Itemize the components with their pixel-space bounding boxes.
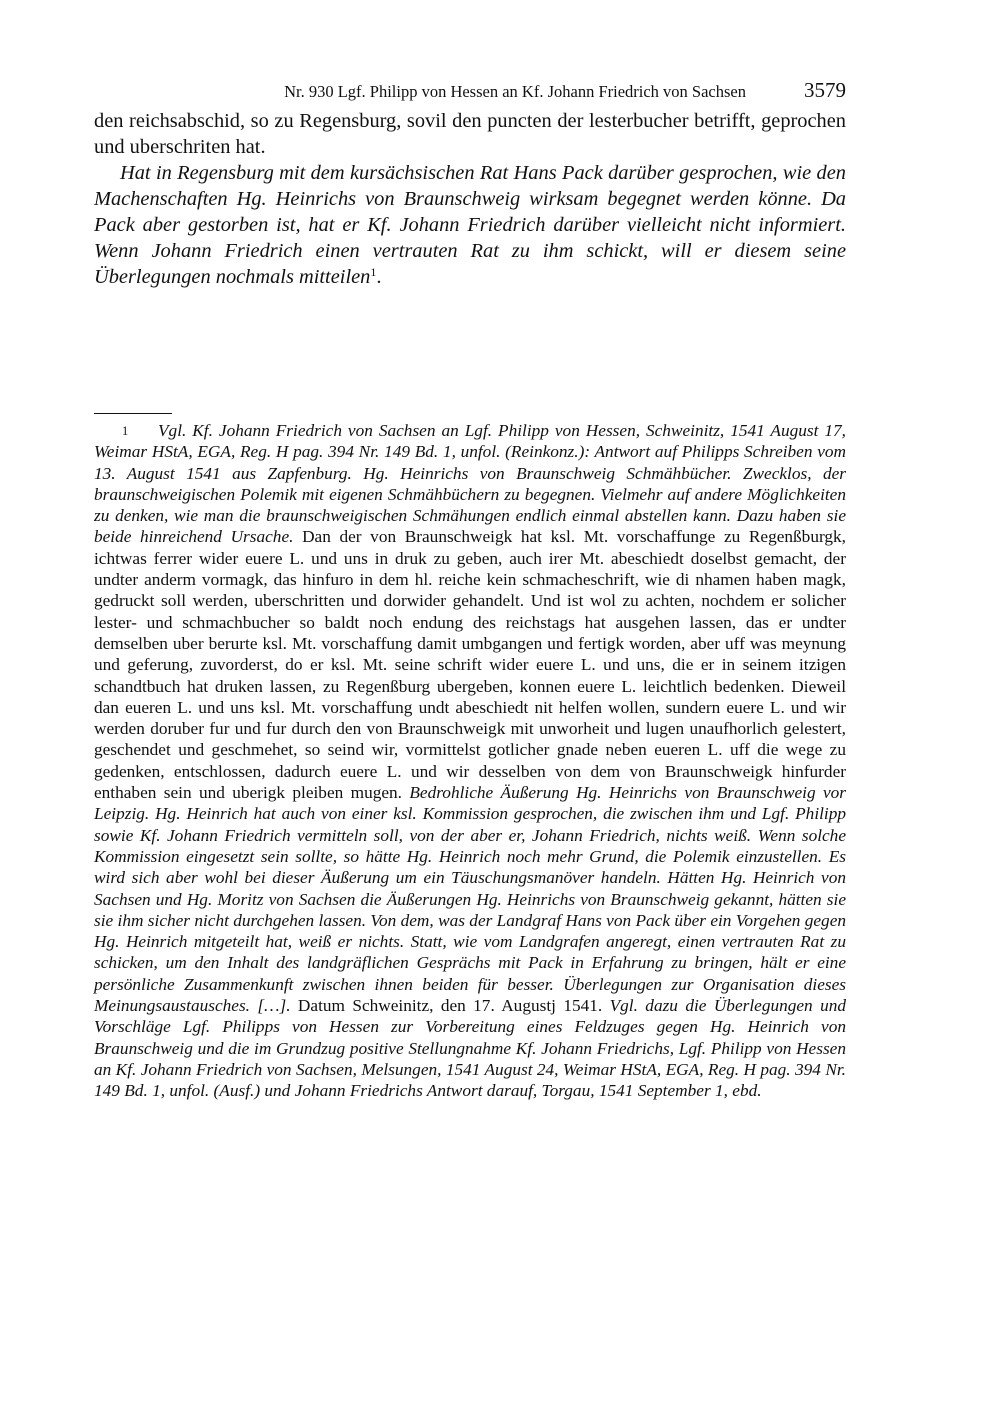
footnote-segment-quote-1: Dan der von Braunschweigk hat ksl. Mt. v… [94,527,846,802]
footnote-segment-dating: Datum Schweinitz, den 17. Augustj 1541. [291,996,610,1015]
footnote-separator-rule [94,413,172,414]
main-paragraph-2-end: . [376,266,381,288]
main-paragraph-2-text: Hat in Regensburg mit dem kursächsischen… [94,162,846,288]
page-number: 3579 [804,78,846,103]
main-paragraph-1: den reichsabschid, so zu Regensburg, sov… [94,108,846,160]
page: Nr. 930 Lgf. Philipp von Hessen an Kf. J… [94,78,846,292]
running-title: Nr. 930 Lgf. Philipp von Hessen an Kf. J… [284,82,746,102]
footnote-reference[interactable]: 1 [370,265,376,279]
main-paragraph-2-summary: Hat in Regensburg mit dem kursächsischen… [94,160,846,292]
running-head: Nr. 930 Lgf. Philipp von Hessen an Kf. J… [94,78,846,108]
footnotes-section: 1Vgl. Kf. Johann Friedrich von Sachsen a… [94,413,846,1102]
footnote-segment-summary-2: Bedrohliche Äußerung Hg. Heinrichs von B… [94,783,846,1015]
footnote-number: 1 [122,421,128,442]
footnote-1: 1Vgl. Kf. Johann Friedrich von Sachsen a… [94,420,846,1102]
